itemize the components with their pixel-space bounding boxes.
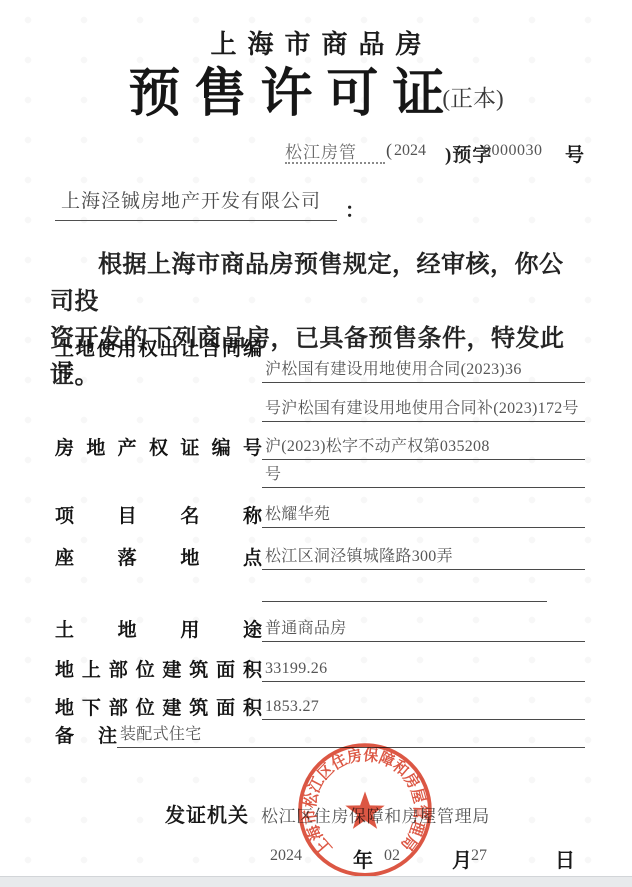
field-value: 普通商品房 <box>262 615 347 638</box>
field-row-property-cert-cont: 号 <box>55 458 585 488</box>
field-value: 号 <box>262 461 281 484</box>
permit-year: 2024 <box>394 142 426 160</box>
permit-number-suffix: 号 <box>565 140 584 167</box>
issue-month: 02 <box>384 847 400 865</box>
issuing-office-short: 松江房管 <box>285 138 357 163</box>
issue-date-row: 2024 年 02 月 27 日 <box>0 842 632 868</box>
presale-permit-document: 上海市商品房 预售许可证 (正本) 松江房管 ( 2024 )预字 000003… <box>0 0 632 887</box>
field-row-location: 座落地点 松江区洞泾镇城隆路300弄 <box>55 540 585 570</box>
issue-year: 2024 <box>270 847 302 865</box>
field-underline: 松耀华苑 <box>262 497 585 528</box>
issuing-authority-label: 发证机关 <box>165 799 249 828</box>
addressee-colon: ： <box>345 186 365 223</box>
month-label: 月 <box>452 844 472 873</box>
field-value: 33199.26 <box>262 660 327 678</box>
field-underline: 号沪松国有建设用地使用合同补(2023)172号 <box>262 391 585 422</box>
field-value: 松耀华苑 <box>262 501 330 524</box>
field-underline: 普通商品房 <box>262 611 585 642</box>
field-row-land-contract-cont: 号沪松国有建设用地使用合同补(2023)172号 <box>55 392 585 422</box>
field-row-below-ground-area: 地下部位建筑面积 1853.27 <box>55 690 585 720</box>
issue-day: 27 <box>471 847 487 865</box>
field-label: 房地产权证编号 <box>55 438 262 460</box>
document-title-row: 预售许可证 (正本) <box>0 66 632 122</box>
field-value: 沪松国有建设用地使用合同(2023)36 <box>262 356 522 379</box>
permit-serial: 0000030 <box>483 142 543 160</box>
field-label: 项目名称 <box>55 506 262 528</box>
field-underline: 松江区洞泾镇城隆路300弄 <box>262 539 585 570</box>
field-value: 沪(2023)松字不动产权第035208 <box>262 433 490 456</box>
permit-number-line: 松江房管 ( 2024 )预字 0000030 号 <box>285 134 605 168</box>
field-underline: 号 <box>262 457 585 488</box>
paren-open: ( <box>386 140 392 161</box>
field-value: 装配式住宅 <box>117 721 202 744</box>
copy-type-label: (正本) <box>442 80 503 113</box>
year-label: 年 <box>353 844 373 873</box>
field-value: 号沪松国有建设用地使用合同补(2023)172号 <box>262 395 579 418</box>
day-label: 日 <box>555 844 575 873</box>
field-row-project-name: 项目名称 松耀华苑 <box>55 498 585 528</box>
office-dotted-line <box>285 162 385 164</box>
field-underline: 沪(2023)松字不动产权第035208 <box>262 429 585 460</box>
field-row-land-use: 土地用途 普通商品房 <box>55 612 585 642</box>
field-underline: 1853.27 <box>262 689 585 720</box>
viewer-bottom-strip <box>0 876 632 887</box>
field-label: 土地使用权出让合同编号 <box>55 339 262 383</box>
field-underline: 装配式住宅 <box>117 717 585 748</box>
document-title-line2: 预售许可证 <box>128 66 458 122</box>
issuing-authority-row: 发证机关 松江区住房保障和房屋管理局 <box>165 799 490 828</box>
field-label: 地上部位建筑面积 <box>55 660 262 682</box>
field-row-location-cont <box>55 572 585 602</box>
field-value: 1853.27 <box>262 698 319 716</box>
field-label: 土地用途 <box>55 620 262 642</box>
addressee-row: 上海泾铖房地产开发有限公司 ： <box>55 186 365 223</box>
field-underline: 33199.26 <box>262 651 585 682</box>
field-row-property-cert: 房地产权证编号 沪(2023)松字不动产权第035208 <box>55 430 585 460</box>
field-underline: 沪松国有建设用地使用合同(2023)36 <box>262 352 585 383</box>
field-label: 备注 <box>55 726 117 748</box>
field-row-land-contract: 土地使用权出让合同编号 沪松国有建设用地使用合同(2023)36 <box>55 353 585 383</box>
issuing-authority-name: 松江区住房保障和房屋管理局 <box>261 802 490 827</box>
document-title-line1: 上海市商品房 <box>0 24 632 61</box>
field-underline <box>262 571 547 602</box>
field-value: 松江区洞泾镇城隆路300弄 <box>262 543 453 566</box>
developer-company-name: 上海泾铖房地产开发有限公司 <box>55 186 337 221</box>
field-label: 座落地点 <box>55 548 262 570</box>
body-line-1: 根据上海市商品房预售规定，经审核，你公司投 <box>50 246 587 320</box>
field-row-above-ground-area: 地上部位建筑面积 33199.26 <box>55 652 585 682</box>
field-row-remarks: 备注 装配式住宅 <box>55 718 585 748</box>
